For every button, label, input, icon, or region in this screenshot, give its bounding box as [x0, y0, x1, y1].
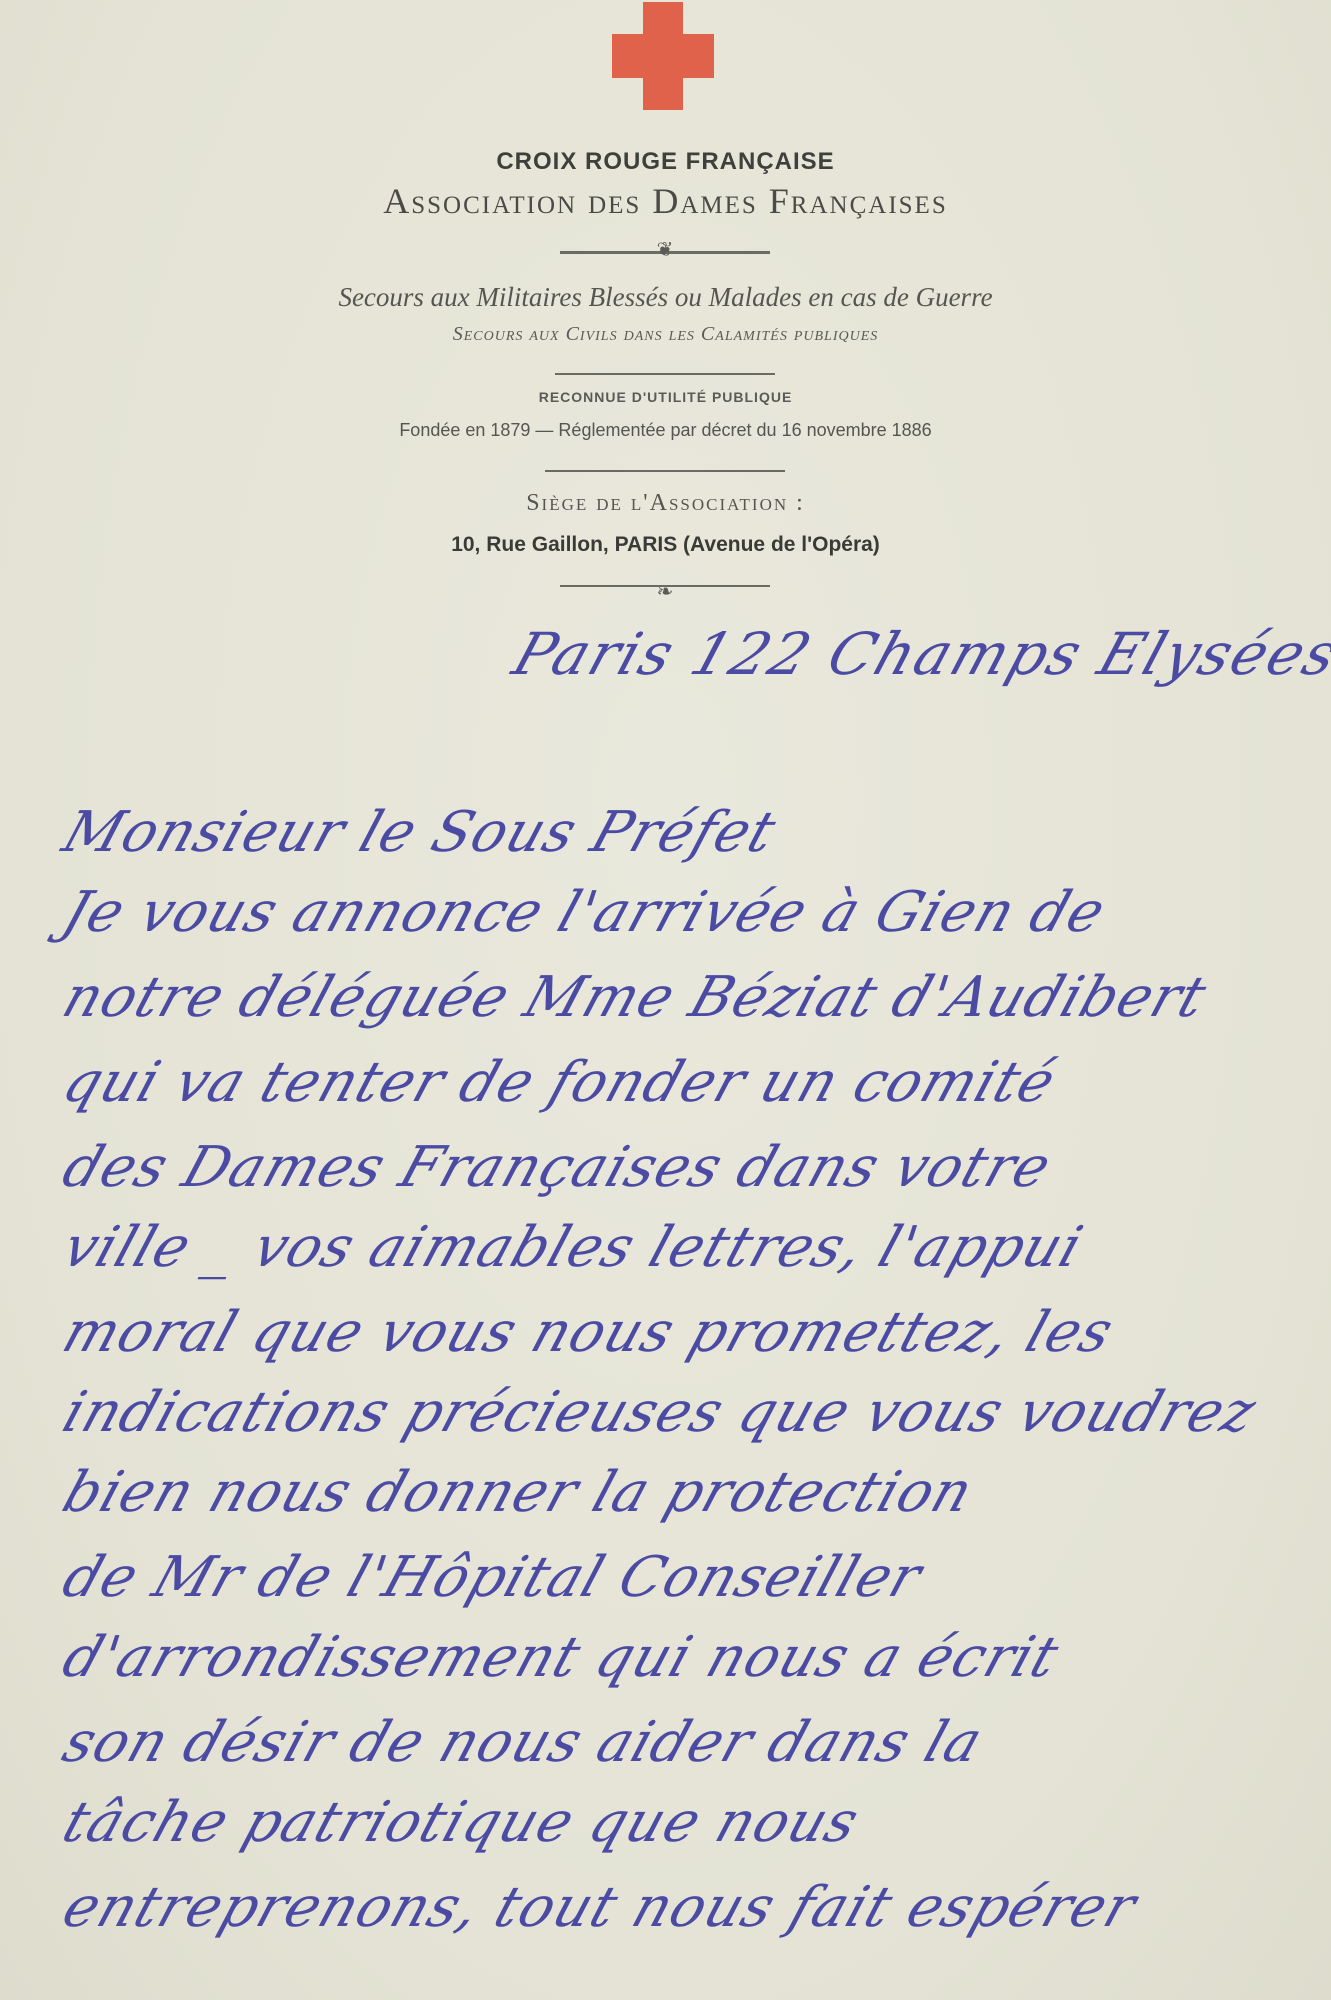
ornament-icon: ❧ — [640, 582, 690, 602]
letter-line: d'arrondissement qui nous a écrit — [55, 1625, 1067, 1690]
red-cross-horizontal-bar — [612, 34, 714, 78]
letter-line: moral que vous nous promettez, les — [55, 1300, 1122, 1365]
divider-line — [545, 470, 785, 472]
red-cross-icon — [612, 2, 714, 110]
letter-line: de Mr de l'Hôpital Conseiller — [55, 1545, 930, 1610]
public-utility-status: Reconnue d'utilité publique — [0, 389, 1331, 405]
letter-line: tâche patriotique que nous — [55, 1790, 867, 1855]
letter-line: Monsieur le Sous Préfet — [55, 800, 784, 865]
letter-line: indications précieuses que vous voudrez — [55, 1380, 1264, 1445]
mission-civil: Secours aux Civils dans les Calamités pu… — [0, 323, 1331, 346]
divider-line — [555, 373, 775, 375]
letter-line: son désir de nous aider dans la — [55, 1710, 991, 1775]
letter-line: bien nous donner la protection — [55, 1460, 981, 1525]
association-address: 10, Rue Gaillon, PARIS (Avenue de l'Opér… — [0, 533, 1331, 557]
letter-line: ville _ vos aimables lettres, l'appui — [55, 1215, 1091, 1280]
association-name: Association des Dames Françaises — [0, 180, 1331, 222]
letter-line: qui va tenter de fonder un comité — [55, 1050, 1064, 1115]
organization-name: CROIX ROUGE FRANÇAISE — [0, 148, 1331, 176]
mission-military: Secours aux Militaires Blessés ou Malade… — [0, 282, 1331, 313]
association-seat-label: Siège de l'Association : — [0, 490, 1331, 517]
letter-line: notre déléguée Mme Béziat d'Audibert — [55, 965, 1215, 1030]
letter-dateline: Paris 122 Champs Elysées 10 f — [505, 620, 1331, 688]
ornament-icon: ❦ — [640, 240, 690, 260]
letter-line: entreprenons, tout nous fait espérer — [55, 1875, 1145, 1940]
founding-decree: Fondée en 1879 — Réglementée par décret … — [0, 420, 1331, 441]
letter-line: des Dames Françaises dans votre — [55, 1135, 1059, 1200]
letter-line: Je vous annonce l'arrivée à Gien de — [55, 880, 1114, 945]
